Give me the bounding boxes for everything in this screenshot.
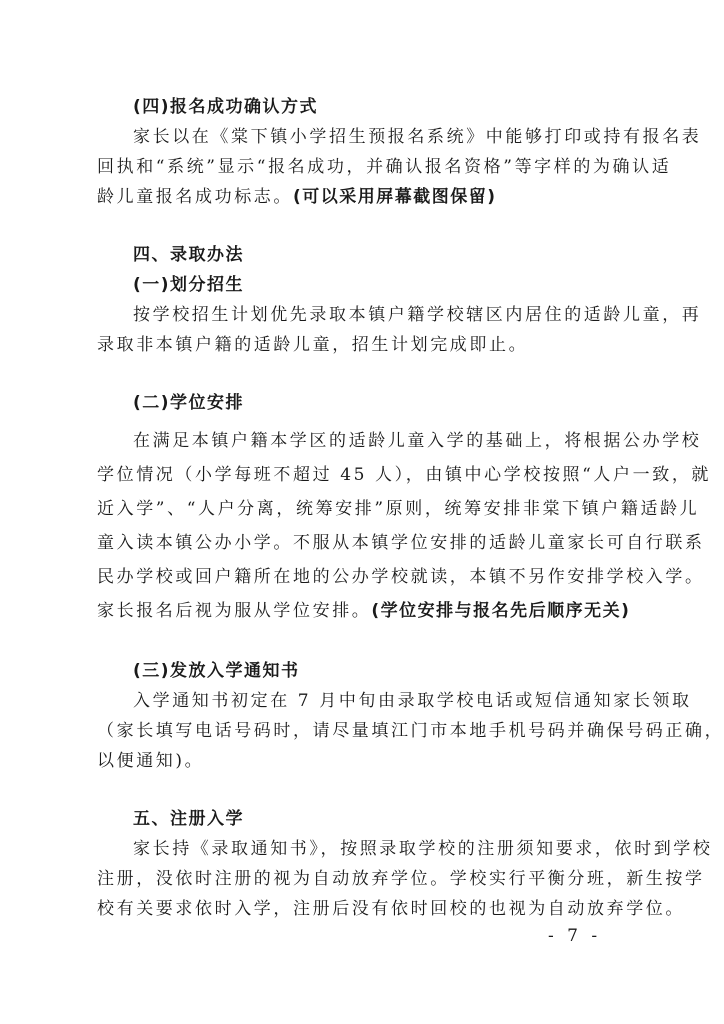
paragraph-line: 近入学”、“人户分离，统筹安排”原则，统筹安排非棠下镇户籍适龄儿	[97, 492, 631, 526]
subsection-heading-seat-allocation: (二)学位安排	[97, 388, 631, 418]
section-heading-registration: 五、注册入学	[97, 804, 631, 834]
paragraph-line: 录取非本镇户籍的适龄儿童，招生计划完成即止。	[97, 330, 631, 360]
paragraph-line: 以便通知)。	[97, 746, 631, 776]
section-heading-admission-method: 四、录取办法	[97, 240, 631, 270]
subsection-heading-zoned-enrollment: (一)划分招生	[97, 270, 631, 300]
paragraph-line: 入学通知书初定在 7 月中旬由录取学校电话或短信通知家长领取	[97, 686, 631, 716]
paragraph-line: （家长填写电话号码时，请尽量填江门市本地手机号码并确保号码正确，	[97, 716, 631, 746]
paragraph-line: 回执和“系统”显示“报名成功，并确认报名资格”等字样的为确认适	[97, 152, 631, 182]
page-number: - 7 -	[548, 926, 601, 946]
paragraph-line: 在满足本镇户籍本学区的适龄儿童入学的基础上，将根据公办学校	[97, 424, 631, 458]
subsection-heading-admission-notice: (三)发放入学通知书	[97, 656, 631, 686]
paragraph-line: 家长持《录取通知书》，按照录取学校的注册须知要求，依时到学校	[97, 834, 631, 864]
paragraph-text: 龄儿童报名成功标志。	[97, 187, 293, 207]
paragraph-line: 学位情况（小学每班不超过 45 人），由镇中心学校按照“人户一致，就	[97, 458, 631, 492]
paragraph-line: 家长报名后视为服从学位安排。(学位安排与报名先后顺序无关)	[97, 594, 631, 628]
paragraph-line: 校有关要求依时入学，注册后没有依时回校的也视为自动放弃学位。	[97, 894, 631, 924]
paragraph-line: 民办学校或回户籍所在地的公办学校就读，本镇不另作安排学校入学。	[97, 560, 631, 594]
paragraph-line: 家长以在《棠下镇小学招生预报名系统》中能够打印或持有报名表	[97, 122, 631, 152]
paragraph-line: 龄儿童报名成功标志。(可以采用屏幕截图保留)	[97, 182, 631, 212]
paragraph-line: 童入读本镇公办小学。不服从本镇学位安排的适龄儿童家长可自行联系	[97, 526, 631, 560]
subsection-heading-registration-confirmation: (四)报名成功确认方式	[97, 92, 631, 122]
document-page: (四)报名成功确认方式 家长以在《棠下镇小学招生预报名系统》中能够打印或持有报名…	[97, 92, 631, 924]
bold-note: (学位安排与报名先后顺序无关)	[371, 601, 630, 621]
bold-note: (可以采用屏幕截图保留)	[293, 187, 497, 207]
paragraph-line: 按学校招生计划优先录取本镇户籍学校辖区内居住的适龄儿童，再	[97, 300, 631, 330]
paragraph-line: 注册，没依时注册的视为自动放弃学位。学校实行平衡分班，新生按学	[97, 864, 631, 894]
paragraph-text: 家长报名后视为服从学位安排。	[97, 601, 371, 621]
